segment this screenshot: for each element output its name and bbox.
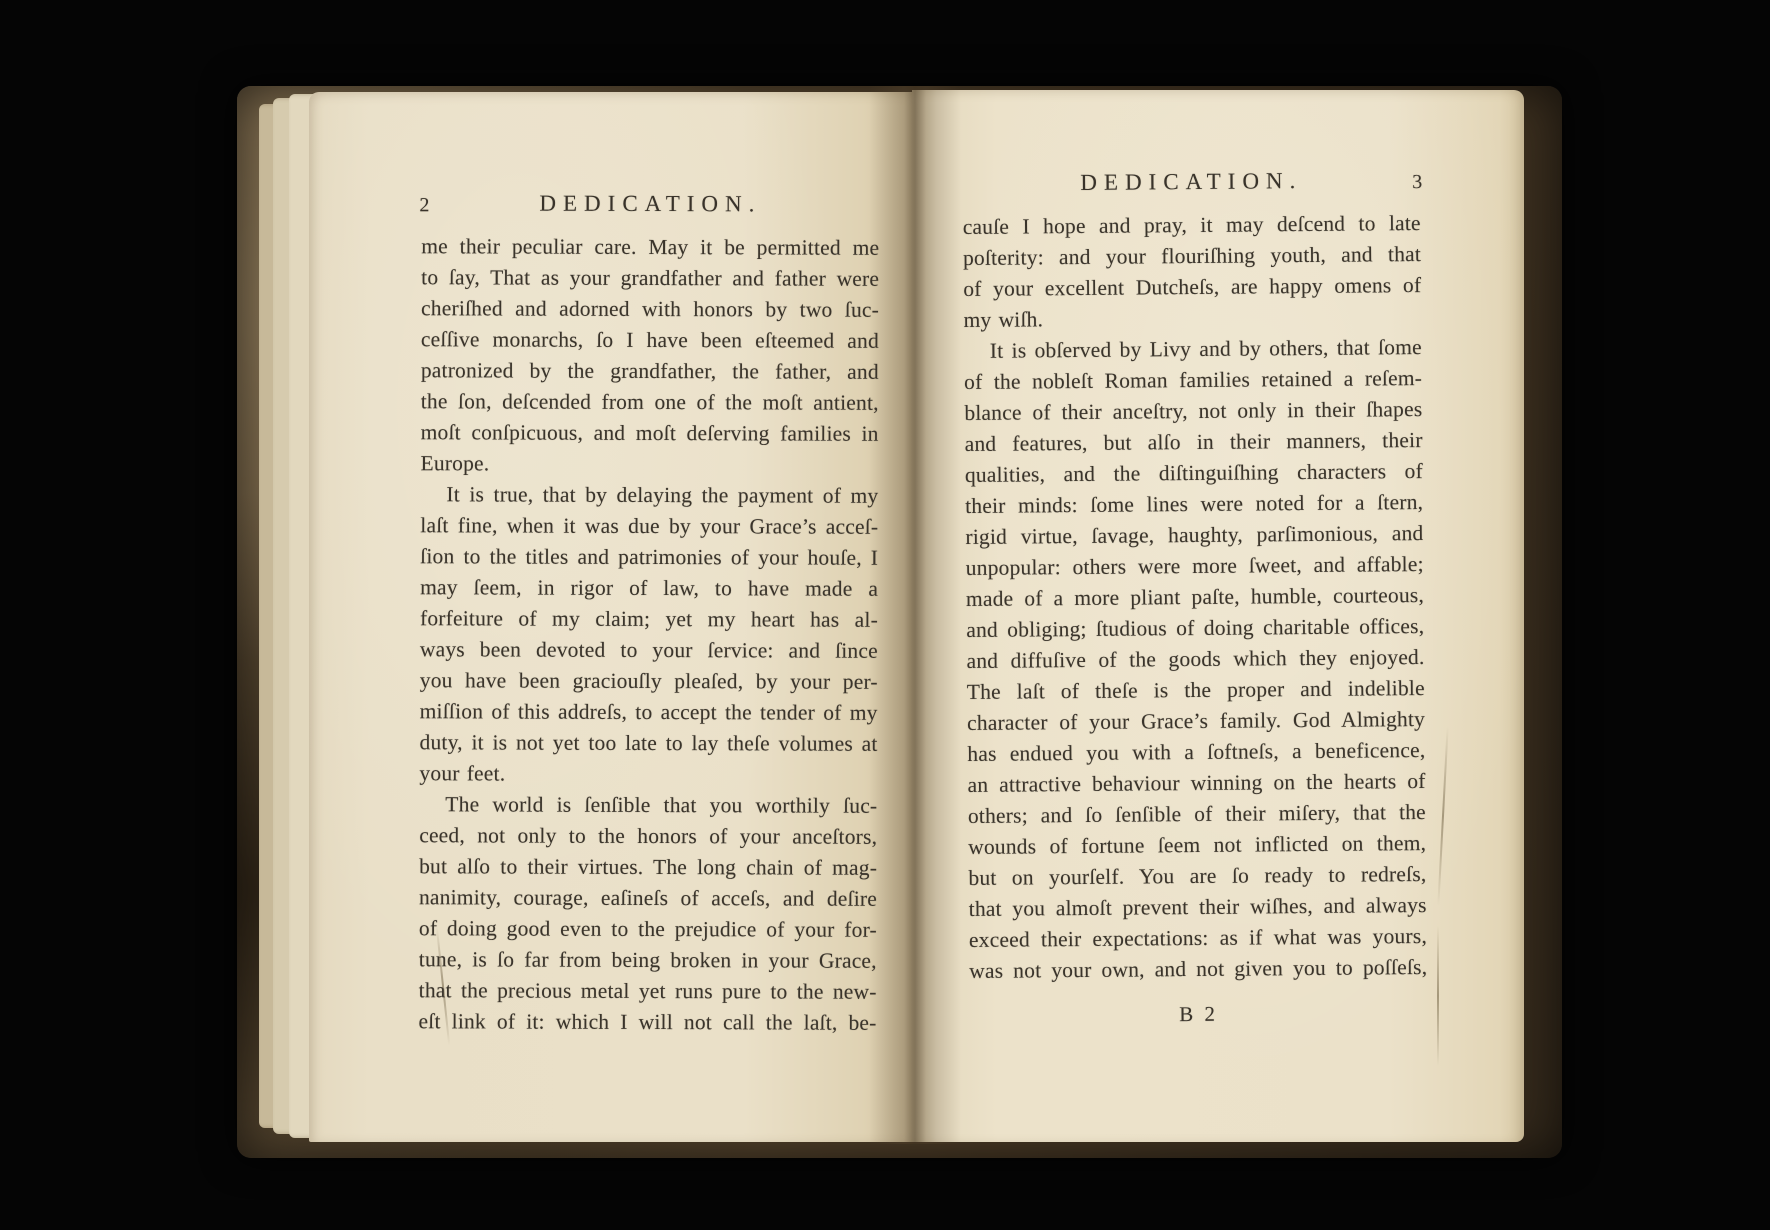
text-line: forfeiture of my claim; yet my heart has… bbox=[420, 603, 878, 636]
text-line: exceed their expectations: as if what wa… bbox=[969, 921, 1427, 956]
right-page-header-row: DEDICATION. 3 bbox=[962, 164, 1420, 198]
text-line: was not your own, and not given you to p… bbox=[969, 952, 1427, 987]
open-book: 2 DEDICATION. me their peculiar care. Ma… bbox=[237, 86, 1562, 1158]
text-line: laſt fine, when it was due by your Grace… bbox=[420, 510, 878, 543]
text-line: cheriſhed and adorned with honors by two… bbox=[421, 293, 879, 326]
text-line: of doing good even to the prejudice of y… bbox=[419, 913, 877, 946]
text-line: wounds of fortune ſeem not inflicted on … bbox=[968, 828, 1426, 863]
photo-background: { "scene": { "description": "Photograph … bbox=[0, 0, 1770, 1230]
left-page-number: 2 bbox=[419, 190, 429, 221]
text-line: that you almoſt prevent their wiſhes, an… bbox=[969, 890, 1427, 925]
left-page-text: me their peculiar care. May it be permit… bbox=[419, 231, 880, 1039]
text-line: you have been graciouſly pleaſed, by you… bbox=[420, 665, 878, 698]
text-line: miſſion of this addreſs, to accept the t… bbox=[420, 696, 878, 729]
text-line: and diffuſive of the goods which they en… bbox=[966, 642, 1424, 677]
text-line: nanimity, courage, eaſineſs of acceſs, a… bbox=[419, 882, 877, 915]
left-page-header-row: 2 DEDICATION. bbox=[421, 187, 879, 219]
text-line: qualities, and the diſtinguiſhing charac… bbox=[965, 456, 1423, 491]
text-line: may ſeem, in rigor of law, to have made … bbox=[420, 572, 878, 605]
text-line: that the precious metal yet runs pure to… bbox=[419, 975, 877, 1008]
right-running-head: DEDICATION. bbox=[1080, 168, 1302, 195]
text-line: others; and ſo ſenſible of their miſery,… bbox=[968, 797, 1426, 832]
text-line: moſt conſpicuous, and moſt deſerving fam… bbox=[421, 417, 879, 450]
text-line: an attractive behaviour winning on the h… bbox=[967, 766, 1425, 801]
text-line: has endued you with a ſoftneſs, a benefi… bbox=[967, 735, 1425, 770]
text-line: It is obſerved by Livy and by others, th… bbox=[964, 332, 1422, 367]
text-line: tune, is ſo far from being broken in you… bbox=[419, 944, 877, 977]
text-line: to ſay, That as your grandfather and fat… bbox=[421, 262, 879, 295]
text-line: ceſſive monarchs, ſo I have been eſteeme… bbox=[421, 324, 879, 357]
text-line: The world is ſenſible that you worthily … bbox=[419, 789, 877, 822]
text-line: duty, it is not yet too late to lay theſ… bbox=[419, 727, 877, 760]
paragraph: me their peculiar care. May it be permit… bbox=[420, 231, 879, 481]
paragraph: cauſe I hope and pray, it may deſcend to… bbox=[963, 208, 1422, 336]
text-line: their minds: ſome lines were noted for a… bbox=[965, 487, 1423, 522]
text-line: patronized by the grandfather, the fathe… bbox=[421, 355, 879, 388]
text-line: ceed, not only to the honors of your anc… bbox=[419, 820, 877, 853]
text-line: and obliging; ſtudious of doing charitab… bbox=[966, 611, 1424, 646]
left-page-content: 2 DEDICATION. me their peculiar care. Ma… bbox=[419, 187, 880, 1039]
text-line: but alſo to their virtues. The long chai… bbox=[419, 851, 877, 884]
paragraph: The world is ſenſible that you worthily … bbox=[419, 789, 878, 1039]
right-page-text: cauſe I hope and pray, it may deſcend to… bbox=[963, 208, 1428, 987]
text-line: the ſon, deſcended from one of the moſt … bbox=[421, 386, 879, 419]
text-line: poſterity: and your flouriſhing youth, a… bbox=[963, 239, 1421, 274]
text-line: and features, but alſo in their manners,… bbox=[965, 425, 1423, 460]
text-line: my wiſh. bbox=[963, 301, 1421, 336]
left-running-head: DEDICATION. bbox=[539, 191, 761, 217]
text-line: unpopular: others were more ſweet, and a… bbox=[966, 549, 1424, 584]
text-line: rigid virtue, ſavage, haughty, parſimoni… bbox=[965, 518, 1423, 553]
text-line: ways been devoted to your ſervice: and ſ… bbox=[420, 634, 878, 667]
text-line: of the nobleſt Roman families retained a… bbox=[964, 363, 1422, 398]
signature-mark: B 2 bbox=[970, 997, 1428, 1032]
right-page-number: 3 bbox=[1412, 167, 1422, 198]
text-line: blance of their anceſtry, not only in th… bbox=[964, 394, 1422, 429]
paragraph: It is true, that by delaying the payment… bbox=[419, 479, 878, 791]
text-line: of your excellent Dutcheſs, are happy om… bbox=[963, 270, 1421, 305]
text-line: eſt link of it: which I will not call th… bbox=[419, 1006, 877, 1039]
text-line: ſion to the titles and patrimonies of yo… bbox=[420, 541, 878, 574]
text-line: but on yourſelf. You are ſo ready to red… bbox=[968, 859, 1426, 894]
text-line: made of a more pliant paſte, humble, cou… bbox=[966, 580, 1424, 615]
text-line: cauſe I hope and pray, it may deſcend to… bbox=[963, 208, 1421, 243]
right-page-content: DEDICATION. 3 cauſe I hope and pray, it … bbox=[962, 164, 1428, 1032]
text-line: The laſt of theſe is the proper and inde… bbox=[967, 673, 1425, 708]
text-line: character of your Grace’s family. God Al… bbox=[967, 704, 1425, 739]
text-line: me their peculiar care. May it be permit… bbox=[421, 231, 879, 264]
paragraph: It is obſerved by Livy and by others, th… bbox=[964, 332, 1428, 987]
text-line: your feet. bbox=[419, 758, 877, 791]
text-line: Europe. bbox=[420, 448, 878, 481]
text-line: It is true, that by delaying the payment… bbox=[420, 479, 878, 512]
